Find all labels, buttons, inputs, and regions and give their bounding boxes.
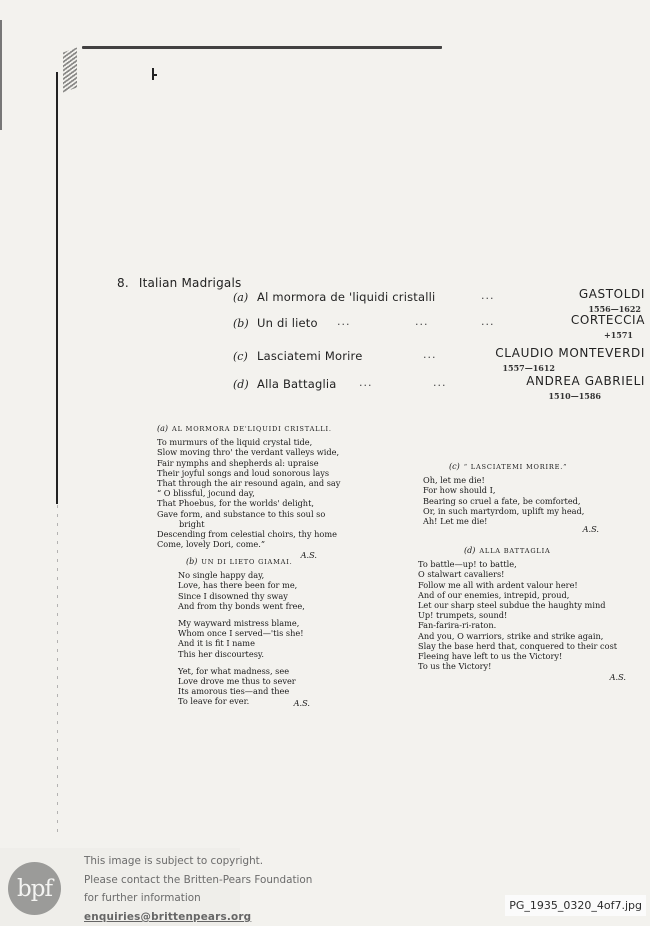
printed-top-border xyxy=(82,46,442,49)
leader-dots: ... xyxy=(337,315,351,328)
printed-left-border xyxy=(56,72,58,504)
leader-dots: ... xyxy=(423,348,437,361)
lyric-line: No single happy day, xyxy=(178,570,326,580)
lyric-heading: (d)Alla Battaglia xyxy=(418,546,640,556)
lyric-block-c: (c)“ Lasciatemi morire.” Oh, let me die!… xyxy=(423,462,599,534)
lyric-line: Gave form, and substance to this soul so xyxy=(157,509,367,519)
lyric-line: Whom once I served—'tis she! xyxy=(178,628,326,638)
lyric-line: Slay the base herd that, conquered to th… xyxy=(418,641,640,651)
programme-title: Italian Madrigals xyxy=(139,276,242,290)
lyric-line: And of our enemies, intrepid, proud, xyxy=(418,590,640,600)
row-dates: 1510—1586 xyxy=(548,391,601,401)
leader-dots: ... xyxy=(433,376,447,389)
lyric-line: Descending from celestial choirs, thy ho… xyxy=(157,529,367,539)
lyric-line: And from thy bonds went free, xyxy=(178,601,326,611)
row-composer: ANDREA GABRIELI xyxy=(526,374,645,388)
lyric-line: To murmurs of the liquid crystal tide, xyxy=(157,437,367,447)
row-title: Un di lieto xyxy=(257,316,318,330)
corner-smudge xyxy=(63,47,77,92)
row-title: Lasciatemi Morire xyxy=(257,349,362,363)
row-title: Al mormora de 'liquidi cristalli xyxy=(257,290,435,304)
programme-row: (b) Un di lieto ... ... ... CORTECCIA +1… xyxy=(233,313,645,347)
lyric-line: That through the air resound again, and … xyxy=(157,478,367,488)
lyric-line: Slow moving thro' the verdant valleys wi… xyxy=(157,447,367,457)
row-letter: (b) xyxy=(233,317,249,330)
row-letter: (a) xyxy=(233,291,248,304)
lyric-signature: A.S. xyxy=(418,672,640,682)
leader-dots: ... xyxy=(481,289,495,302)
lyric-line: Their joyful songs and loud sonorous lay… xyxy=(157,468,367,478)
lyric-line: To battle—up! to battle, xyxy=(418,559,640,569)
lyric-line: This her discourtesy. xyxy=(178,649,326,659)
copyright-line: for further information xyxy=(84,889,312,908)
leader-dots: ... xyxy=(481,315,495,328)
lyric-line: That Phoebus, for the worlds' delight, xyxy=(157,498,367,508)
lyric-block-d: (d)Alla Battaglia To battle—up! to battl… xyxy=(418,546,640,683)
image-filename: PG_1935_0320_4of7.jpg xyxy=(505,895,646,916)
lyric-line: “ O blissful, jocund day, xyxy=(157,488,367,498)
copyright-notice: This image is subject to copyright. Plea… xyxy=(84,852,312,926)
lyric-line: Yet, for what madness, see xyxy=(178,666,326,676)
leader-dots: ... xyxy=(415,315,429,328)
lyric-line: Let our sharp steel subdue the haughty m… xyxy=(418,600,640,610)
lyric-heading: (c)“ Lasciatemi morire.” xyxy=(423,462,599,472)
lyric-line: Or, in such martyrdom, uplift my head, xyxy=(423,506,599,516)
row-composer: GASTOLDI xyxy=(579,287,645,301)
row-dates: 1557—1612 xyxy=(502,363,555,373)
lyric-line: And it is fit I name xyxy=(178,638,326,648)
lyric-line: Oh, let me die! xyxy=(423,475,599,485)
row-composer: CLAUDIO MONTEVERDI xyxy=(495,346,645,360)
lyric-line: Fair nymphs and shepherds al: upraise xyxy=(157,458,367,468)
row-letter: (c) xyxy=(233,350,248,363)
row-letter: (d) xyxy=(233,378,249,391)
lyric-line: Come, lovely Dori, come.” xyxy=(157,539,367,549)
lyric-line: bright xyxy=(157,519,367,529)
leader-dots: ... xyxy=(359,376,373,389)
lyric-line: Love drove me thus to sever xyxy=(178,676,326,686)
lyric-line: Bearing so cruel a fate, be comforted, xyxy=(423,496,599,506)
lyric-line: Since I disowned thy sway xyxy=(178,591,326,601)
row-composer: CORTECCIA xyxy=(571,313,645,327)
lyric-line: Its amorous ties—and thee xyxy=(178,686,326,696)
lyric-heading: (a)Al mormora de'liquidi cristalli. xyxy=(157,424,367,434)
lyric-block-b: (b)Un di lieto giamai. No single happy d… xyxy=(178,557,326,708)
programme-heading: 8.Italian Madrigals xyxy=(117,276,241,290)
lyric-line: Follow me all with ardent valour here! xyxy=(418,580,640,590)
lyric-line: Love, has there been for me, xyxy=(178,580,326,590)
lyric-line: My wayward mistress blame, xyxy=(178,618,326,628)
printed-top-border-tail xyxy=(400,46,442,48)
programme-row: (d) Alla Battaglia ... ... ANDREA GABRIE… xyxy=(233,374,645,408)
lyric-line: To us the Victory! xyxy=(418,661,640,671)
lyric-line: O stalwart cavaliers! xyxy=(418,569,640,579)
bpf-logo-icon: bpf xyxy=(8,862,61,915)
enquiries-email-link[interactable]: enquiries@brittenpears.org xyxy=(84,908,312,926)
lyric-line: For how should I, xyxy=(423,485,599,495)
lyric-line: And you, O warriors, strike and strike a… xyxy=(418,631,640,641)
copyright-line: Please contact the Britten-Pears Foundat… xyxy=(84,871,312,890)
printed-left-border-faint xyxy=(57,505,58,835)
copyright-line: This image is subject to copyright. xyxy=(84,852,312,871)
lyric-heading: (b)Un di lieto giamai. xyxy=(178,557,326,567)
lyric-line: Fan-farira-ri-raton. xyxy=(418,620,640,630)
row-title: Alla Battaglia xyxy=(257,377,337,391)
row-dates: +1571 xyxy=(604,330,633,340)
scan-edge-strip xyxy=(0,20,2,130)
tick-mark-cross xyxy=(152,74,157,76)
item-number: 8. xyxy=(117,276,129,290)
lyric-line: Up! trumpets, sound! xyxy=(418,610,640,620)
lyric-block-a: (a)Al mormora de'liquidi cristalli. To m… xyxy=(157,424,367,561)
lyric-line: Fleeing have left to us the Victory! xyxy=(418,651,640,661)
